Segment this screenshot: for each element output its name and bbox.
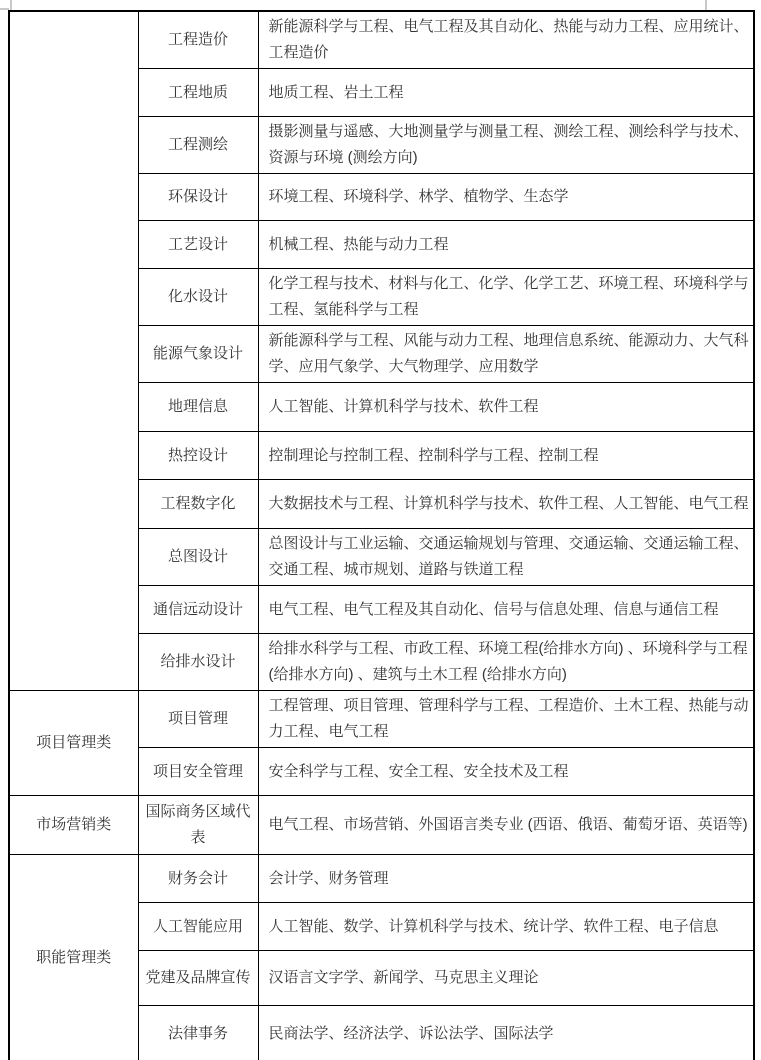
position-cell: 化水设计: [138, 269, 258, 326]
position-cell: 工程地质: [138, 69, 258, 117]
position-cell: 财务会计: [138, 855, 258, 903]
position-cell: 工程测绘: [138, 117, 258, 174]
majors-cell: 电气工程、市场营销、外国语言类专业 (西语、俄语、葡萄牙语、英语等): [258, 796, 754, 855]
majors-cell: 电气工程、电气工程及其自动化、信号与信息处理、信息与通信工程: [258, 586, 754, 634]
majors-cell: 大数据技术与工程、计算机科学与技术、软件工程、人工智能、电气工程: [258, 480, 754, 529]
position-cell: 给排水设计: [138, 634, 258, 691]
majors-cell: 摄影测量与遥感、大地测量学与测量工程、测绘工程、测绘科学与技术、资源与环境 (测…: [258, 117, 754, 174]
position-cell: 党建及品牌宣传: [138, 951, 258, 1006]
majors-cell: 会计学、财务管理: [258, 855, 754, 903]
position-cell: 项目管理: [138, 691, 258, 748]
majors-cell: 地质工程、岩土工程: [258, 69, 754, 117]
gridline-fragment-vertical-left: [10, 0, 12, 10]
position-cell: 工程数字化: [138, 480, 258, 529]
majors-cell: 新能源科学与工程、风能与动力工程、地理信息系统、能源动力、大气科学、应用气象学、…: [258, 326, 754, 383]
position-cell: 环保设计: [138, 174, 258, 221]
position-cell: 能源气象设计: [138, 326, 258, 383]
majors-cell: 人工智能、计算机科学与技术、软件工程: [258, 383, 754, 432]
majors-cell: 机械工程、热能与动力工程: [258, 221, 754, 269]
category-cell: [9, 11, 138, 691]
table-row: 工程造价 新能源科学与工程、电气工程及其自动化、热能与动力工程、应用统计、工程造…: [9, 11, 754, 69]
category-cell: 项目管理类: [9, 691, 138, 796]
position-cell: 工艺设计: [138, 221, 258, 269]
position-cell: 工程造价: [138, 11, 258, 69]
majors-cell: 控制理论与控制工程、控制科学与工程、控制工程: [258, 432, 754, 480]
position-cell: 国际商务区域代表: [138, 796, 258, 855]
position-cell: 人工智能应用: [138, 903, 258, 951]
category-cell: 市场营销类: [9, 796, 138, 855]
category-cell: 职能管理类: [9, 855, 138, 1060]
majors-cell: 人工智能、数学、计算机科学与技术、统计学、软件工程、电子信息: [258, 903, 754, 951]
position-cell: 通信远动设计: [138, 586, 258, 634]
table-row: 市场营销类 国际商务区域代表 电气工程、市场营销、外国语言类专业 (西语、俄语、…: [9, 796, 754, 855]
majors-cell: 安全科学与工程、安全工程、安全技术及工程: [258, 748, 754, 796]
majors-cell: 汉语言文字学、新闻学、马克思主义理论: [258, 951, 754, 1006]
gridline-fragment-vertical-right: [705, 0, 707, 10]
majors-cell: 新能源科学与工程、电气工程及其自动化、热能与动力工程、应用统计、工程造价: [258, 11, 754, 69]
position-cell: 地理信息: [138, 383, 258, 432]
position-cell: 项目安全管理: [138, 748, 258, 796]
table-row: 职能管理类 财务会计 会计学、财务管理: [9, 855, 754, 903]
document-page: 工程造价 新能源科学与工程、电气工程及其自动化、热能与动力工程、应用统计、工程造…: [0, 0, 761, 1060]
position-cell: 热控设计: [138, 432, 258, 480]
majors-cell: 民商法学、经济法学、诉讼法学、国际法学: [258, 1006, 754, 1060]
recruitment-majors-table: 工程造价 新能源科学与工程、电气工程及其自动化、热能与动力工程、应用统计、工程造…: [8, 10, 755, 1060]
majors-cell: 化学工程与技术、材料与化工、化学、化学工艺、环境工程、环境科学与工程、氢能科学与…: [258, 269, 754, 326]
position-cell: 总图设计: [138, 529, 258, 586]
majors-cell: 环境工程、环境科学、林学、植物学、生态学: [258, 174, 754, 221]
majors-cell: 总图设计与工业运输、交通运输规划与管理、交通运输、交通运输工程、交通工程、城市规…: [258, 529, 754, 586]
majors-cell: 给排水科学与工程、市政工程、环境工程(给排水方向) 、环境科学与工程(给排水方向…: [258, 634, 754, 691]
table-row: 项目管理类 项目管理 工程管理、项目管理、管理科学与工程、工程造价、土木工程、热…: [9, 691, 754, 748]
position-cell: 法律事务: [138, 1006, 258, 1060]
majors-cell: 工程管理、项目管理、管理科学与工程、工程造价、土木工程、热能与动力工程、电气工程: [258, 691, 754, 748]
